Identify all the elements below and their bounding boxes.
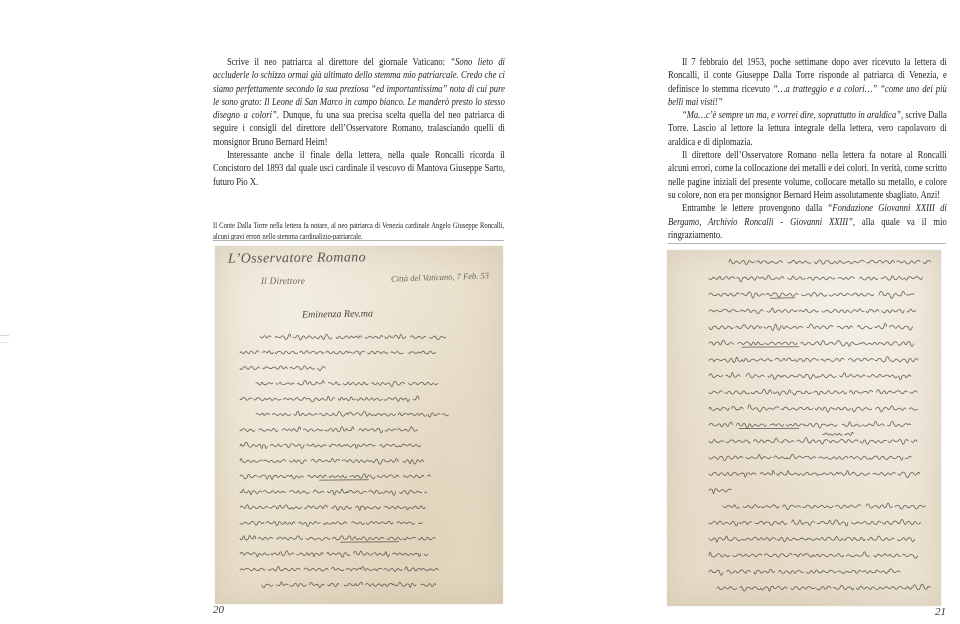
text-rule-right — [668, 243, 946, 244]
handwriting-line — [709, 340, 914, 346]
handwriting-line — [240, 442, 421, 448]
handwriting-line — [709, 569, 900, 576]
handwriting-line — [240, 567, 438, 572]
handwriting-line — [709, 291, 914, 298]
handwriting-line — [729, 259, 931, 264]
handwriting-insertion — [823, 432, 854, 435]
handwriting-line — [240, 351, 435, 355]
right-body-text: Il 7 febbraio del 1953, poche settimane … — [668, 56, 947, 242]
page-edge-mark — [0, 335, 9, 343]
handwriting-line — [709, 357, 918, 363]
handwriting-line — [240, 489, 427, 495]
handwriting-line — [709, 308, 916, 314]
paragraph: Interessante anche il finale della lette… — [213, 149, 505, 189]
handwriting-line — [709, 520, 921, 527]
paragraph: Il 7 febbraio del 1953, poche settimane … — [668, 56, 947, 109]
handwriting-line — [709, 405, 917, 412]
photo-caption: Il Conte Dalla Torre nella lettera fa no… — [213, 220, 504, 242]
handwriting-line — [709, 552, 918, 558]
paragraph: “Ma…c’è sempre un ma, e vorrei dire, sop… — [668, 109, 947, 149]
handwriting-line — [709, 323, 912, 330]
handwriting-right — [667, 250, 941, 606]
paragraph: Il direttore dell’Osservatore Romano nel… — [668, 149, 947, 202]
handwriting-line — [709, 372, 911, 379]
handwriting-line — [240, 396, 419, 402]
handwriting-left — [215, 246, 503, 604]
handwriting-line — [240, 505, 425, 511]
handwriting-line — [240, 458, 424, 464]
handwriting-line — [240, 474, 431, 480]
handwriting-line — [256, 381, 438, 387]
paragraph: Entrambe le lettere provengono dalla “Fo… — [668, 202, 947, 242]
handwriting-line — [709, 489, 731, 494]
handwriting-line — [260, 334, 446, 340]
handwriting-line — [709, 470, 920, 477]
handwriting-line — [709, 454, 911, 460]
handwriting-line — [240, 536, 435, 541]
handwriting-line — [256, 411, 448, 417]
handwriting-line — [723, 503, 925, 509]
letter-scan-left: L’Osservatore Romano Il Direttore Città … — [215, 246, 503, 604]
left-body-text: Scrive il neo patriarca al direttore del… — [213, 56, 505, 189]
paragraph: Scrive il neo patriarca al direttore del… — [213, 56, 505, 149]
handwriting-line — [262, 582, 436, 588]
letter-scan-right — [667, 250, 941, 606]
handwriting-line — [717, 584, 930, 591]
handwriting-line — [709, 421, 911, 428]
handwriting-line — [240, 551, 428, 558]
handwriting-line — [240, 366, 325, 371]
handwriting-line — [709, 536, 915, 542]
caption-rule-left — [213, 240, 504, 241]
handwriting-line — [240, 427, 418, 433]
handwriting-line — [709, 437, 917, 444]
page-number-left: 20 — [213, 604, 224, 616]
handwriting-line — [709, 389, 917, 395]
page-number-right: 21 — [860, 606, 946, 618]
handwriting-line — [709, 275, 923, 282]
handwriting-line — [240, 521, 422, 526]
